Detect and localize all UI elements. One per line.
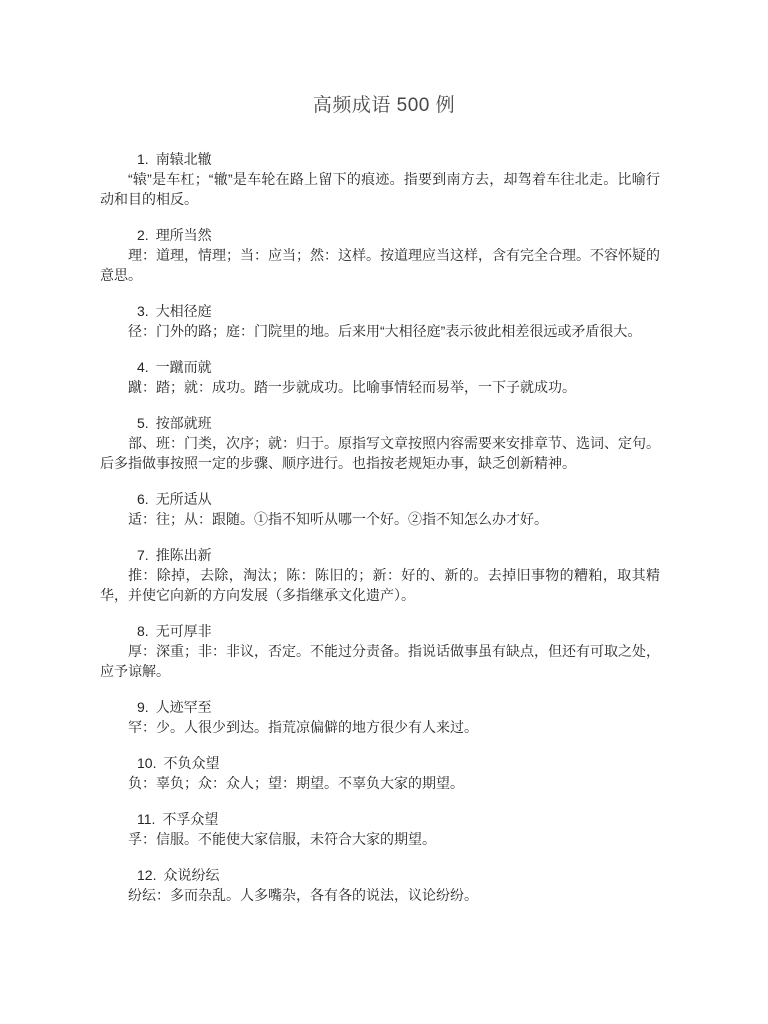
entry-heading: 2.理所当然 [100, 225, 660, 245]
entry-heading: 1.南辕北辙 [100, 149, 660, 169]
entry-number: 7. [137, 547, 149, 563]
entry-number: 5. [137, 415, 149, 431]
entry-definition: 负：辜负；众：众人；望：期望。不辜负大家的期望。 [100, 773, 660, 793]
idiom-entry-3: 3.大相径庭 径：门外的路；庭：门院里的地。后来用“大相径庭”表示彼此相差很远或… [100, 301, 660, 341]
entry-number: 3. [137, 303, 149, 319]
entry-definition: 厚：深重；非：非议，否定。不能过分责备。指说话做事虽有缺点，但还有可取之处，应予… [100, 641, 660, 681]
entry-number: 2. [137, 227, 149, 243]
idiom-entry-5: 5.按部就班 部、班：门类，次序；就：归于。原指写文章按照内容需要来安排章节、选… [100, 413, 660, 473]
idiom-entry-8: 8.无可厚非 厚：深重；非：非议，否定。不能过分责备。指说话做事虽有缺点，但还有… [100, 621, 660, 681]
entry-definition: 孚：信服。不能使大家信服，未符合大家的期望。 [100, 829, 660, 849]
entry-heading: 7.推陈出新 [100, 545, 660, 565]
entry-term: 理所当然 [156, 227, 212, 243]
entry-heading: 4.一蹴而就 [100, 357, 660, 377]
entry-heading: 5.按部就班 [100, 413, 660, 433]
idiom-entry-1: 1.南辕北辙 “辕”是车杠；“辙”是车轮在路上留下的痕迹。指要到南方去，却驾着车… [100, 149, 660, 209]
entry-definition: 部、班：门类，次序；就：归于。原指写文章按照内容需要来安排章节、选词、定句。后多… [100, 433, 660, 473]
idiom-entry-4: 4.一蹴而就 蹴：踏；就：成功。踏一步就成功。比喻事情轻而易举，一下子就成功。 [100, 357, 660, 397]
page-title: 高频成语 500 例 [0, 0, 768, 119]
idiom-entry-12: 12.众说纷纭 纷纭：多而杂乱。人多嘴杂，各有各的说法，议论纷纷。 [100, 865, 660, 905]
entry-term: 不孚众望 [162, 811, 218, 827]
document-body: 1.南辕北辙 “辕”是车杠；“辙”是车轮在路上留下的痕迹。指要到南方去，却驾着车… [100, 149, 660, 905]
document-page: 高频成语 500 例 1.南辕北辙 “辕”是车杠；“辙”是车轮在路上留下的痕迹。… [0, 0, 768, 1024]
entry-heading: 3.大相径庭 [100, 301, 660, 321]
entry-term: 南辕北辙 [156, 151, 212, 167]
entry-term: 不负众望 [163, 755, 219, 771]
entry-number: 12. [137, 867, 156, 883]
entry-definition: 推：除掉，去除，淘汰；陈：陈旧的；新：好的、新的。去掉旧事物的糟粕，取其精华，并… [100, 565, 660, 605]
idiom-entry-9: 9.人迹罕至 罕：少。人很少到达。指荒凉偏僻的地方很少有人来过。 [100, 697, 660, 737]
entry-heading: 10.不负众望 [100, 753, 660, 773]
entry-term: 推陈出新 [156, 547, 212, 563]
idiom-entry-2: 2.理所当然 理：道理，情理；当：应当；然：这样。按道理应当这样，含有完全合理。… [100, 225, 660, 285]
entry-term: 一蹴而就 [156, 359, 212, 375]
entry-heading: 11.不孚众望 [100, 809, 660, 829]
entry-number: 11. [137, 811, 155, 827]
entry-definition: 径：门外的路；庭：门院里的地。后来用“大相径庭”表示彼此相差很远或矛盾很大。 [100, 321, 660, 341]
entry-definition: “辕”是车杠；“辙”是车轮在路上留下的痕迹。指要到南方去，却驾着车往北走。比喻行… [100, 169, 660, 209]
entry-definition: 适：往；从：跟随。①指不知听从哪一个好。②指不知怎么办才好。 [100, 509, 660, 529]
entry-definition: 理：道理，情理；当：应当；然：这样。按道理应当这样，含有完全合理。不容怀疑的意思… [100, 245, 660, 285]
idiom-entry-7: 7.推陈出新 推：除掉，去除，淘汰；陈：陈旧的；新：好的、新的。去掉旧事物的糟粕… [100, 545, 660, 605]
entry-term: 无可厚非 [156, 623, 212, 639]
idiom-entry-10: 10.不负众望 负：辜负；众：众人；望：期望。不辜负大家的期望。 [100, 753, 660, 793]
entry-definition: 蹴：踏；就：成功。踏一步就成功。比喻事情轻而易举，一下子就成功。 [100, 377, 660, 397]
entry-definition: 纷纭：多而杂乱。人多嘴杂，各有各的说法，议论纷纷。 [100, 885, 660, 905]
entry-number: 10. [137, 755, 156, 771]
entry-number: 6. [137, 491, 149, 507]
entry-term: 大相径庭 [156, 303, 212, 319]
idiom-entry-11: 11.不孚众望 孚：信服。不能使大家信服，未符合大家的期望。 [100, 809, 660, 849]
entry-heading: 6.无所适从 [100, 489, 660, 509]
entry-term: 众说纷纭 [163, 867, 219, 883]
entry-number: 4. [137, 359, 149, 375]
entry-term: 人迹罕至 [156, 699, 212, 715]
entry-term: 无所适从 [156, 491, 212, 507]
entry-heading: 8.无可厚非 [100, 621, 660, 641]
entry-heading: 9.人迹罕至 [100, 697, 660, 717]
entry-term: 按部就班 [156, 415, 212, 431]
entry-number: 1. [137, 151, 149, 167]
idiom-entry-6: 6.无所适从 适：往；从：跟随。①指不知听从哪一个好。②指不知怎么办才好。 [100, 489, 660, 529]
entry-number: 8. [137, 623, 149, 639]
entry-number: 9. [137, 699, 149, 715]
entry-heading: 12.众说纷纭 [100, 865, 660, 885]
entry-definition: 罕：少。人很少到达。指荒凉偏僻的地方很少有人来过。 [100, 717, 660, 737]
